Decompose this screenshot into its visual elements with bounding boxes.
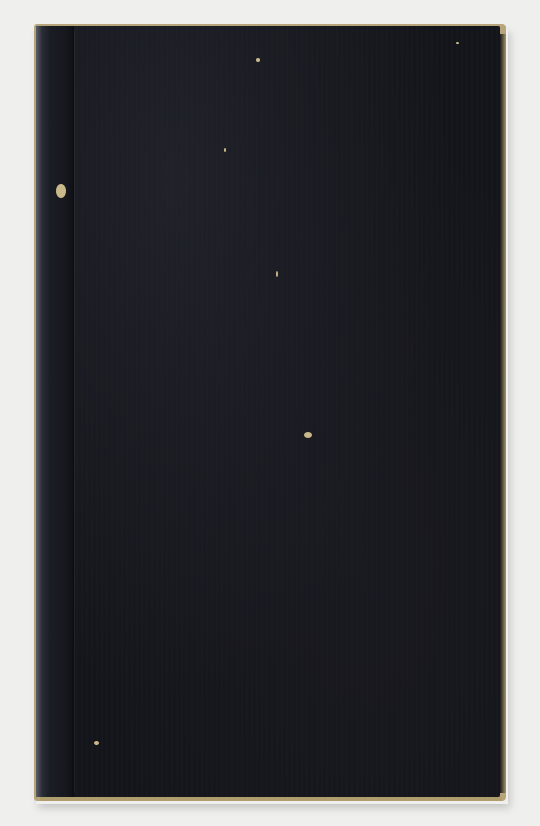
wear-spot <box>456 42 459 44</box>
wear-spot <box>94 741 99 745</box>
book-cover <box>36 26 500 797</box>
wear-spot <box>256 58 260 62</box>
wear-spot <box>56 184 66 198</box>
worn-bottom-edge <box>40 797 502 801</box>
spine-fold-line <box>74 30 75 793</box>
wear-spot <box>304 432 312 438</box>
book-spine <box>36 26 74 797</box>
wear-spot <box>224 148 226 152</box>
book <box>34 24 506 801</box>
worn-right-edge <box>500 34 506 793</box>
wear-spot <box>276 271 278 277</box>
